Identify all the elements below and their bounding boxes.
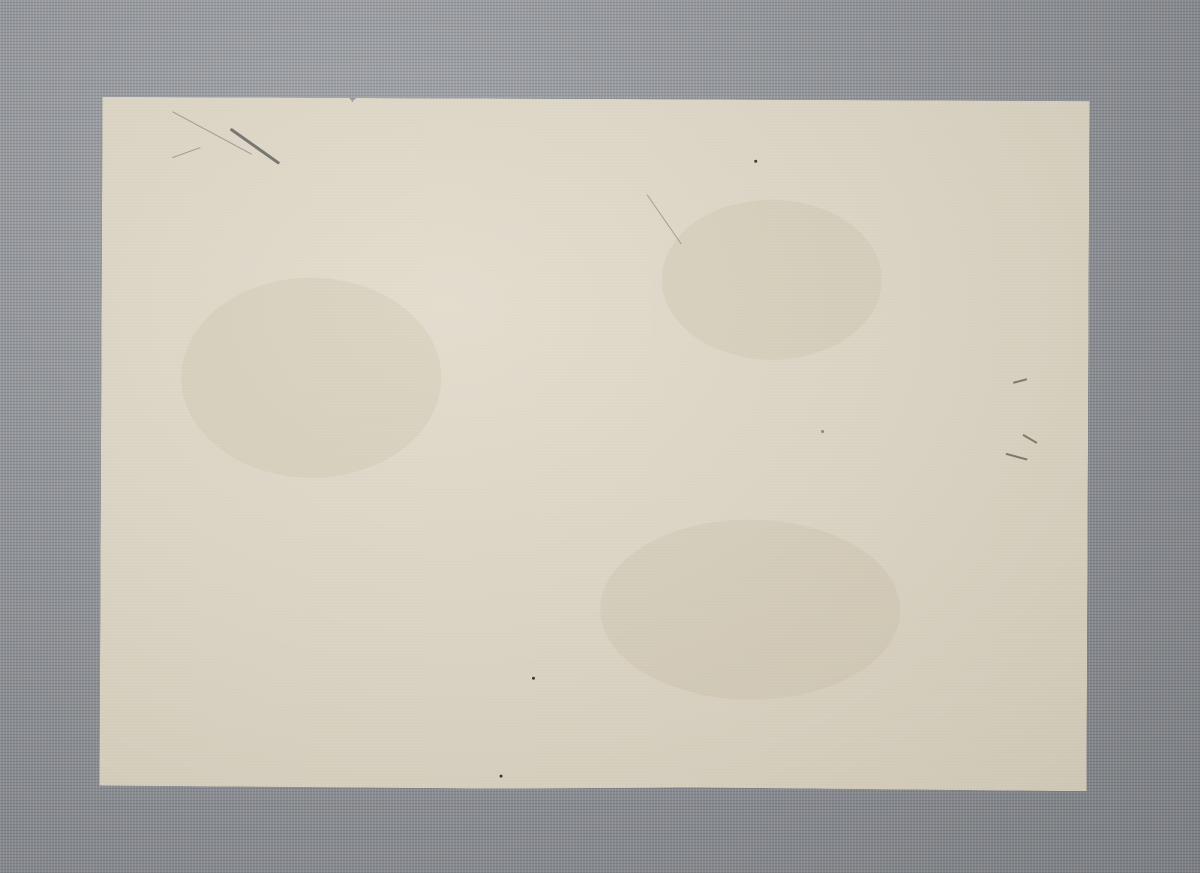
pencil-mark (172, 147, 201, 158)
edge-crease (1013, 378, 1027, 383)
speck (532, 677, 535, 680)
speck (754, 160, 757, 163)
surface-crack (647, 194, 682, 244)
speck (500, 775, 503, 778)
edge-crease (1006, 453, 1028, 461)
age-stain (661, 199, 882, 360)
age-stain (181, 277, 442, 478)
blank-card (99, 97, 1089, 791)
speck (821, 430, 824, 433)
age-stain (600, 519, 901, 700)
edge-crease (1023, 434, 1038, 444)
